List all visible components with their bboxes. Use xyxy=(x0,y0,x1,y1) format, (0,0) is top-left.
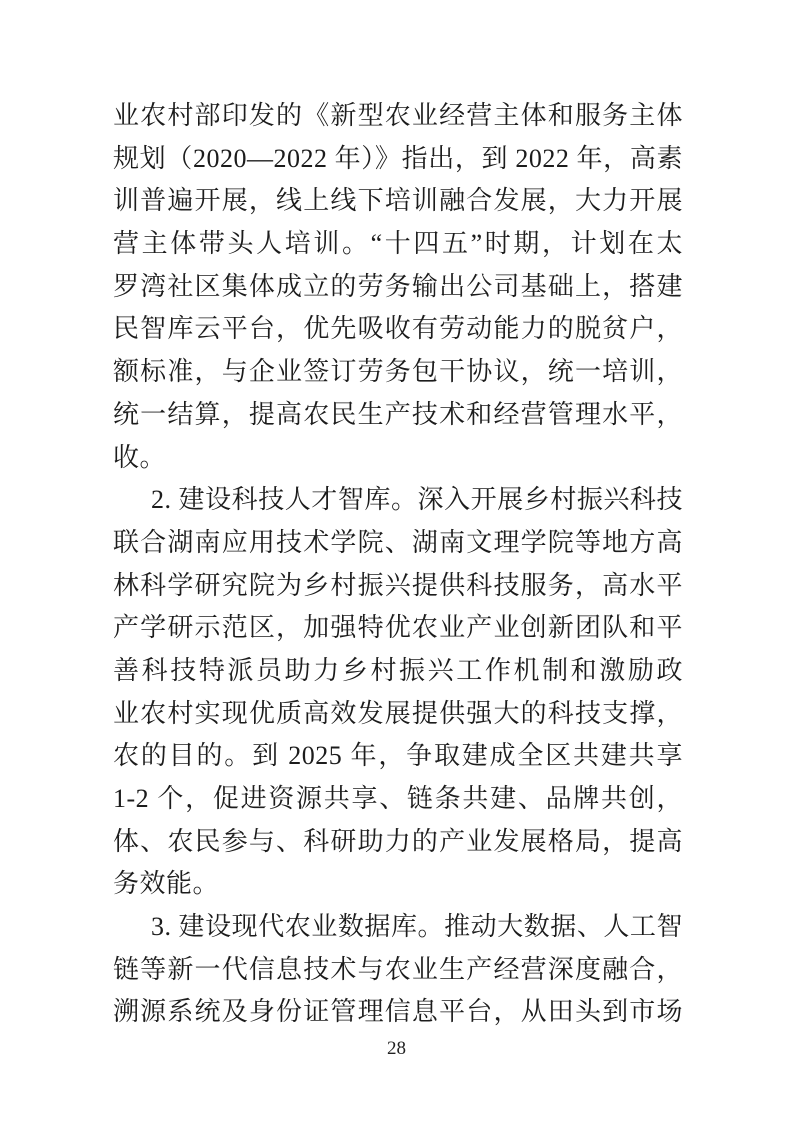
text-line: 溯源系统及身份证管理信息平台，从田头到市场到餐桌的全 xyxy=(113,991,683,1034)
text-line: 3. 建设现代农业数据库。推动大数据、人工智能、区块 xyxy=(113,906,683,949)
text-line: 统一结算，提高农民生产技术和经营管理水平，为脱贫户创 xyxy=(113,394,683,437)
text-line: 联合湖南应用技术学院、湖南文理学院等地方高校及常德农 xyxy=(113,522,683,565)
text-line: 产学研示范区，加强特优农业产业创新团队和平台建设，完 xyxy=(113,607,683,650)
text-line: 业农村部印发的《新型农业经营主体和服务主体高质量发展 xyxy=(113,95,683,138)
text-line: 规划（2020—2022 年）》指出，到 2022 年，高素质农民培 xyxy=(113,138,683,181)
page-number: 28 xyxy=(0,1036,793,1062)
paragraph-3: 3. 建设现代农业数据库。推动大数据、人工智能、区块链等新一代信息技术与农业生产… xyxy=(113,906,683,1034)
text-line: 1-2 个，促进资源共享、链条共建、品牌共创，形成企业主 xyxy=(113,778,683,821)
text-line: 链等新一代信息技术与农业生产经营深度融合，建立农产品 xyxy=(113,949,683,992)
paragraph-2: 2. 建设科技人才智库。深入开展乡村振兴科技支撑行动，联合湖南应用技术学院、湖南… xyxy=(113,479,683,906)
text-line: 农的目的。到 2025 年，争取建成全区共建共享型科技站点 xyxy=(113,735,683,778)
text-line: 2. 建设科技人才智库。深入开展乡村振兴科技支撑行动， xyxy=(113,479,683,522)
text-line: 善科技特派员助力乡村振兴工作机制和激励政策，为我区农 xyxy=(113,650,683,693)
text-line: 民智库云平台，优先吸收有劳动能力的脱贫户，核定用工定 xyxy=(113,308,683,351)
text-line: 业农村实现优质高效发展提供强大的科技支撑，达到科技强 xyxy=(113,693,683,736)
text-line: 额标准，与企业签订劳务包干协议，统一培训，统一派工、 xyxy=(113,351,683,394)
text-line: 务效能。 xyxy=(113,863,683,906)
text-line: 训普遍开展，线上线下培训融合发展，大力开展新型农业经 xyxy=(113,180,683,223)
text-line: 罗湾社区集体成立的劳务输出公司基础上，搭建新型职业农 xyxy=(113,266,683,309)
paragraph-1: 业农村部印发的《新型农业经营主体和服务主体高质量发展规划（2020—2022 年… xyxy=(113,95,683,479)
document-page: 业农村部印发的《新型农业经营主体和服务主体高质量发展规划（2020—2022 年… xyxy=(0,0,793,1122)
text-line: 收。 xyxy=(113,437,683,480)
text-line: 林科学研究院为乡村振兴提供科技服务，高水平建设柳叶湖 xyxy=(113,565,683,608)
page-body: 业农村部印发的《新型农业经营主体和服务主体高质量发展规划（2020—2022 年… xyxy=(113,95,683,1034)
text-line: 营主体带头人培训。“十四五”时期，计划在太阳、万金障、 xyxy=(113,223,683,266)
text-line: 体、农民参与、科研助力的产业发展格局，提高农业科技服 xyxy=(113,821,683,864)
